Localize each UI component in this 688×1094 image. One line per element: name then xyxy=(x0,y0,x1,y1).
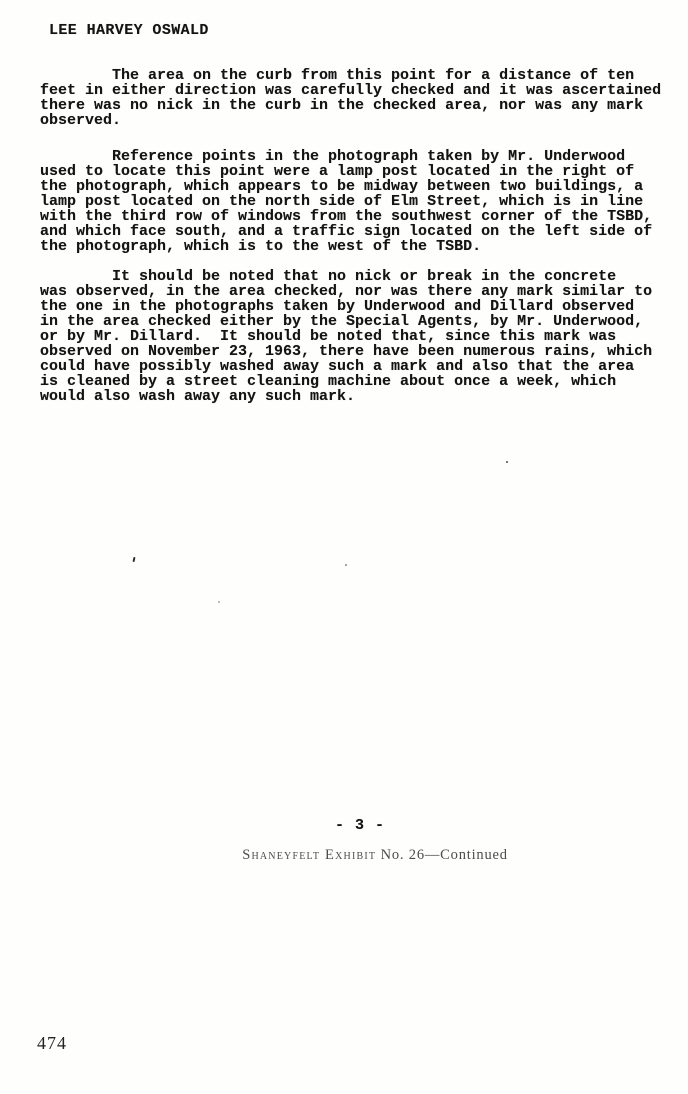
document-body: The area on the curb from this point for… xyxy=(40,68,672,425)
document-header: LEE HARVEY OSWALD xyxy=(49,23,209,38)
exhibit-caption: Shaneyfelt Exhibit No. 26—Continued xyxy=(0,847,688,863)
scan-speck xyxy=(133,557,136,562)
scan-speck xyxy=(506,461,508,463)
paragraph-curb-check: The area on the curb from this point for… xyxy=(40,68,672,128)
scan-speck xyxy=(218,601,220,603)
paragraph-reference-points: Reference points in the photograph taken… xyxy=(40,149,672,254)
exhibit-caption-title: Shaneyfelt Exhibit xyxy=(242,847,376,863)
paragraph-no-nick-noted: It should be noted that no nick or break… xyxy=(40,269,672,404)
document-page: LEE HARVEY OSWALD The area on the curb f… xyxy=(0,0,688,1094)
folio-number: 474 xyxy=(37,1033,67,1053)
exhibit-caption-number: No. 26—Continued xyxy=(376,847,508,863)
scan-speck xyxy=(345,564,347,566)
page-number: - 3 - xyxy=(0,818,688,833)
